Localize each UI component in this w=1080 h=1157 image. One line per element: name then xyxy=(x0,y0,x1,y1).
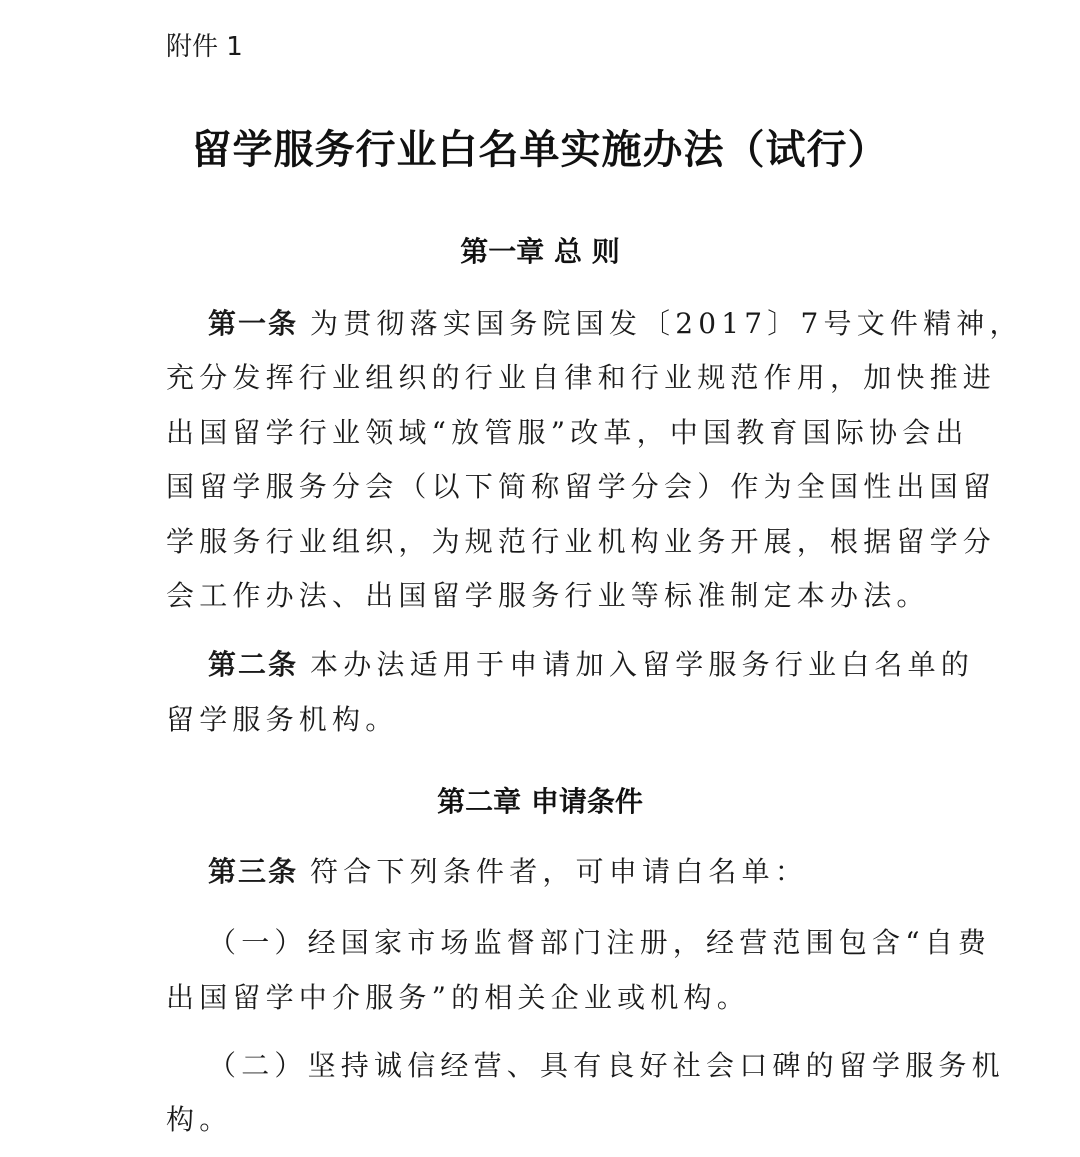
article-3-line-1: 第三条符合下列条件者，可申请白名单： xyxy=(208,850,808,890)
attachment-label: 附件 1 xyxy=(166,26,243,63)
article-1-line-1: 第一条为贯彻落实国务院国发〔2017〕7号文件精神， xyxy=(208,302,1023,342)
article-1-line-2: 充分发挥行业组织的行业自律和行业规范作用，加快推进 xyxy=(166,356,996,396)
article-text: 为贯彻落实国务院国发〔2017〕7号文件精神， xyxy=(310,307,1023,340)
article-1-line-3: 出国留学行业领域“放管服”改革，中国教育国际协会出 xyxy=(166,411,969,451)
article-1-line-5: 学服务行业组织，为规范行业机构业务开展，根据留学分 xyxy=(166,520,996,560)
article-label: 第二条 xyxy=(208,648,298,681)
article-2-line-2: 留学服务机构。 xyxy=(166,698,398,738)
article-3-item-2-line-1: （二）坚持诚信经营、具有良好社会口碑的留学服务机 xyxy=(208,1044,1005,1084)
chapter-heading-1: 第一章 总 则 xyxy=(0,230,1080,270)
article-3-item-1-line-1: （一）经国家市场监督部门注册，经营范围包含“自费 xyxy=(208,921,991,961)
article-1-line-4: 国留学服务分会（以下简称留学分会）作为全国性出国留 xyxy=(166,465,996,505)
article-1-line-6: 会工作办法、出国留学服务行业等标准制定本办法。 xyxy=(166,574,930,614)
chapter-heading-2: 第二章 申请条件 xyxy=(0,780,1080,820)
article-text: 本办法适用于申请加入留学服务行业白名单的 xyxy=(310,648,974,681)
article-2-line-1: 第二条本办法适用于申请加入留学服务行业白名单的 xyxy=(208,643,974,683)
article-text: 符合下列条件者，可申请白名单： xyxy=(310,855,808,888)
document-title: 留学服务行业白名单实施办法（试行） xyxy=(0,118,1080,175)
article-3-item-1-line-2: 出国留学中介服务”的相关企业或机构。 xyxy=(166,976,750,1016)
article-label: 第三条 xyxy=(208,855,298,888)
article-3-item-2-line-2: 构。 xyxy=(166,1098,232,1138)
article-label: 第一条 xyxy=(208,307,298,340)
